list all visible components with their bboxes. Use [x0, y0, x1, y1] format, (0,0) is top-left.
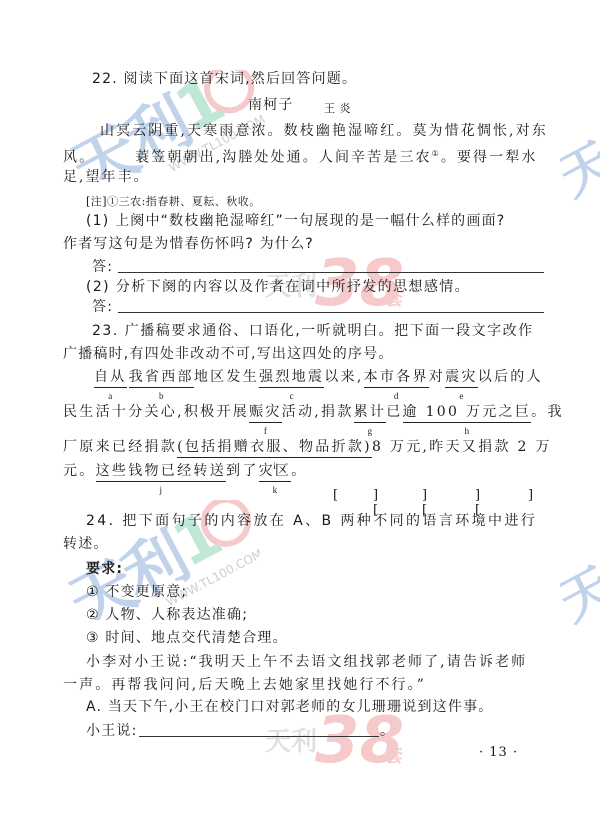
poem-line-1: 山冥云阴重,天寒雨意浓。数枝幽艳湿啼红。莫为惜花惆怅,对东	[100, 122, 548, 140]
label-j: j	[160, 481, 163, 499]
label-k: k	[273, 481, 278, 499]
underlined-k: 灾区k	[259, 462, 292, 482]
requirement-3: ③ 时间、地点交代清楚合理。	[86, 629, 288, 647]
underlined-h: 逾 100 万元之巨h	[403, 403, 532, 423]
poem-note: [注]①三农:指春耕、夏耘、秋收。	[86, 193, 261, 211]
answer-line-2[interactable]	[118, 312, 544, 313]
footnote-marker: ①	[432, 149, 441, 158]
svg-text:套: 套	[385, 745, 403, 767]
poem-line-2: 风。蓑笠朝朝出,沟塍处处通。人间辛苦是三农①。要得一犁水	[63, 145, 537, 167]
bracket-close-4: ]	[528, 488, 533, 503]
q24-heading-line2: 转述。	[63, 535, 109, 553]
part-a-prompt: A. 当天下午,小王在校门口对郭老师的女儿珊珊说到这件事。	[86, 698, 493, 716]
q24-heading-line1: 24. 把下面句子的内容放在 A、B 两种不同的语言环境中进行	[86, 512, 537, 530]
page-number: · 13 ·	[479, 744, 518, 762]
q22-heading: 22. 阅读下面这首宋词,然后回答问题。	[92, 70, 357, 88]
underlined-j: 这些钱物已经转送j	[96, 462, 226, 482]
quote-line-2: 一声。再帮我问问,后天晚上去她家里找她行不行。”	[63, 676, 426, 694]
bracket-open-1: [	[333, 488, 338, 503]
underlined-a: 自从a	[94, 368, 127, 388]
q23-passage-line3: 厂原来已经捐款(包括捐赠衣服、物品折款)i8 万元,昨天又捐款 2 万	[63, 438, 552, 458]
q23-passage-line2: 民生活十分关心,积极开展赈灾f活动,捐款累计g已逾 100 万元之巨h。我	[63, 403, 564, 423]
poem-line-2a: 风。	[63, 150, 95, 166]
tl100-logo-partial-icon: 天	[560, 560, 600, 630]
part-a-answer-label: 小王说:	[86, 722, 138, 740]
quote-line-1: 小李对小王说:“我明天上午不去语文组找郭老师了,请告诉老师	[86, 653, 527, 671]
watermark-tl100-right-mid: 天	[560, 560, 600, 630]
q23-heading-line2: 广播稿时,有四处非改动不可,写出这四处的序号。	[63, 345, 394, 363]
watermark-tl100-right-top: 天	[560, 135, 600, 205]
requirement-1: ① 不变更原意;	[86, 583, 187, 601]
underlined-b: 我省西部b	[129, 368, 194, 388]
underlined-e: 震灾e	[445, 368, 478, 388]
underlined-c: 强烈地震c	[259, 368, 324, 388]
poem-line-3: 足,望年丰。	[63, 168, 149, 186]
poem-line-2b: 蓑笠朝朝出,沟塍处处通。人间辛苦是三农	[135, 150, 431, 166]
q23-passage-line1: 自从a我省西部b地区发生强烈地震c以来,本市各界d对震灾e以后的人	[94, 368, 543, 388]
q23-heading-line1: 23. 广播稿要求通俗、口语化,一听就明白。把下面一段文字改作	[92, 322, 534, 340]
exam-page: 天 利 1 WWW.TL100.COM 天 天 利 1 WWW.TL100.CO…	[0, 0, 600, 822]
q22-sub1-line1: (1) 上阕中“数枝幽艳湿啼红”一句展现的是一幅什么样的画面?	[86, 212, 505, 230]
answer-label-2: 答:	[92, 298, 113, 316]
underlined-g: 累计g	[354, 403, 387, 423]
tl100-logo-partial-icon: 天	[560, 135, 600, 205]
underlined-d: 本市各界d	[364, 368, 429, 388]
poem-author: 王 炎	[324, 100, 351, 118]
poem-title: 南柯子	[248, 96, 294, 114]
svg-text:天: 天	[560, 560, 600, 630]
underlined-i: (包括捐赠衣服、物品折款)i	[177, 438, 372, 458]
requirements-label: 要求:	[86, 560, 123, 578]
svg-text:天: 天	[560, 135, 600, 205]
answer-line-1[interactable]	[118, 272, 544, 273]
q23-passage-line4: 元。这些钱物已经转送j到了灾区k。	[63, 462, 308, 482]
svg-text:天利: 天利	[265, 727, 317, 757]
part-a-answer-end: 。	[380, 722, 395, 740]
q22-sub2: (2) 分析下阕的内容以及作者在词中所抒发的思想感情。	[86, 278, 470, 296]
q22-sub1-line2: 作者写这句是为惜春伤怀吗? 为什么?	[63, 235, 314, 253]
underlined-f: 赈灾f	[249, 403, 282, 423]
poem-line-2c: 。要得一犁水	[441, 150, 538, 166]
answer-label-1: 答:	[92, 258, 113, 276]
requirement-2: ② 人物、人称表达准确;	[86, 606, 248, 624]
part-a-answer-line[interactable]	[139, 736, 379, 737]
